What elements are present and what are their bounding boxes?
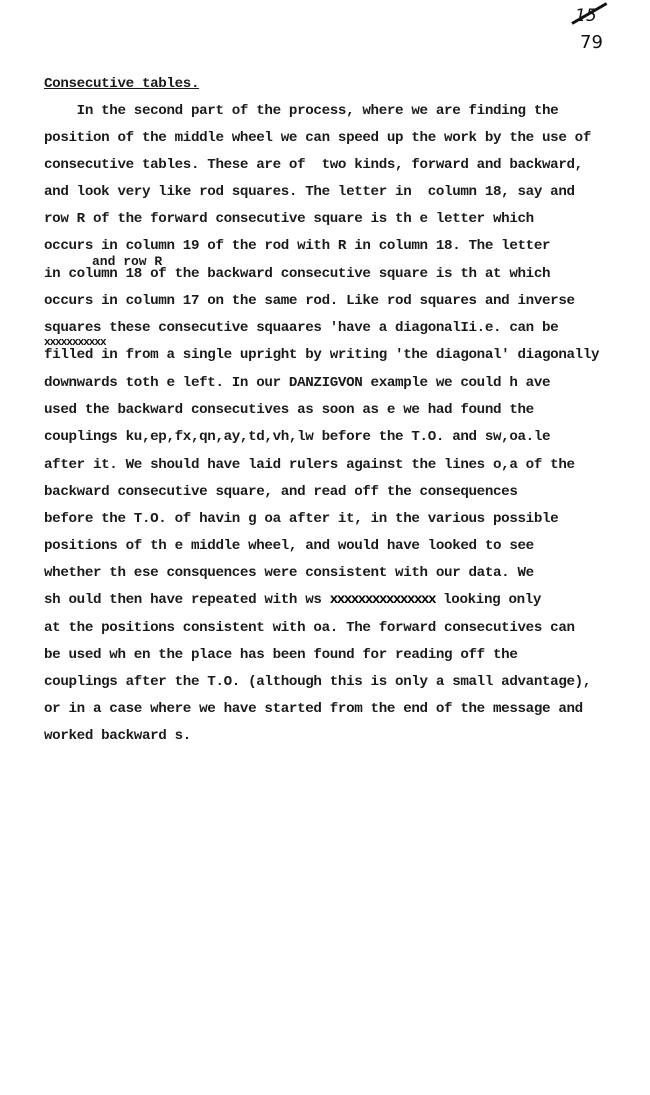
text-line: whether th ese consquences were consiste… xyxy=(44,565,534,581)
text-line: row R of the forward consecutive square … xyxy=(44,211,534,227)
text-line: occurs in column 19 of the rod with R in… xyxy=(44,238,550,254)
text-line: positions of th e middle wheel, and woul… xyxy=(44,538,534,554)
text-line: and look very like rod squares. The lett… xyxy=(44,184,575,200)
text-line: couplings after the T.O. (although this … xyxy=(44,674,591,690)
text-line: backward consecutive square, and read of… xyxy=(44,484,518,500)
text-line-with-strikeout: sh ould then have repeated with ws xxxxx… xyxy=(44,592,541,608)
text-line: position of the middle wheel we can spee… xyxy=(44,130,591,146)
text-line: in column 18 of the backward consecutive… xyxy=(44,266,550,282)
text-line: or in a case where we have started from … xyxy=(44,701,583,717)
text-segment: looking only xyxy=(435,592,541,608)
text-line: before the T.O. of havin g oa after it, … xyxy=(44,511,558,527)
text-line: couplings ku,ep,fx,qn,ay,td,vh,lw before… xyxy=(44,429,550,445)
text-line: used the backward consecutives as soon a… xyxy=(44,402,534,418)
section-heading: Consecutive tables. xyxy=(44,76,199,92)
text-line: In the second part of the process, where… xyxy=(44,103,558,119)
text-line: consecutive tables. These are of two kin… xyxy=(44,157,583,173)
struck-page-number: 15 xyxy=(575,6,597,26)
text-segment: sh ould then have repeated with ws xyxy=(44,592,330,608)
text-line: downwards toth e left. In our DANZIGVON … xyxy=(44,375,550,391)
page-number: 79 xyxy=(580,32,603,53)
text-line: squares these consecutive squaares 'have… xyxy=(44,320,558,336)
text-line: occurs in column 17 on the same rod. Lik… xyxy=(44,293,575,309)
struck-out-text: xxxxxxxxxxxxxxx xyxy=(330,592,435,608)
text-line: filled in from a single upright by writi… xyxy=(44,347,599,363)
typescript-page: 15 79 Consecutive tables. In the second … xyxy=(0,0,650,1095)
text-line: after it. We should have laid rulers aga… xyxy=(44,457,575,473)
text-line: at the positions consistent with oa. The… xyxy=(44,620,575,636)
text-line: worked backward s. xyxy=(44,728,191,744)
text-line: be used wh en the place has been found f… xyxy=(44,647,518,663)
